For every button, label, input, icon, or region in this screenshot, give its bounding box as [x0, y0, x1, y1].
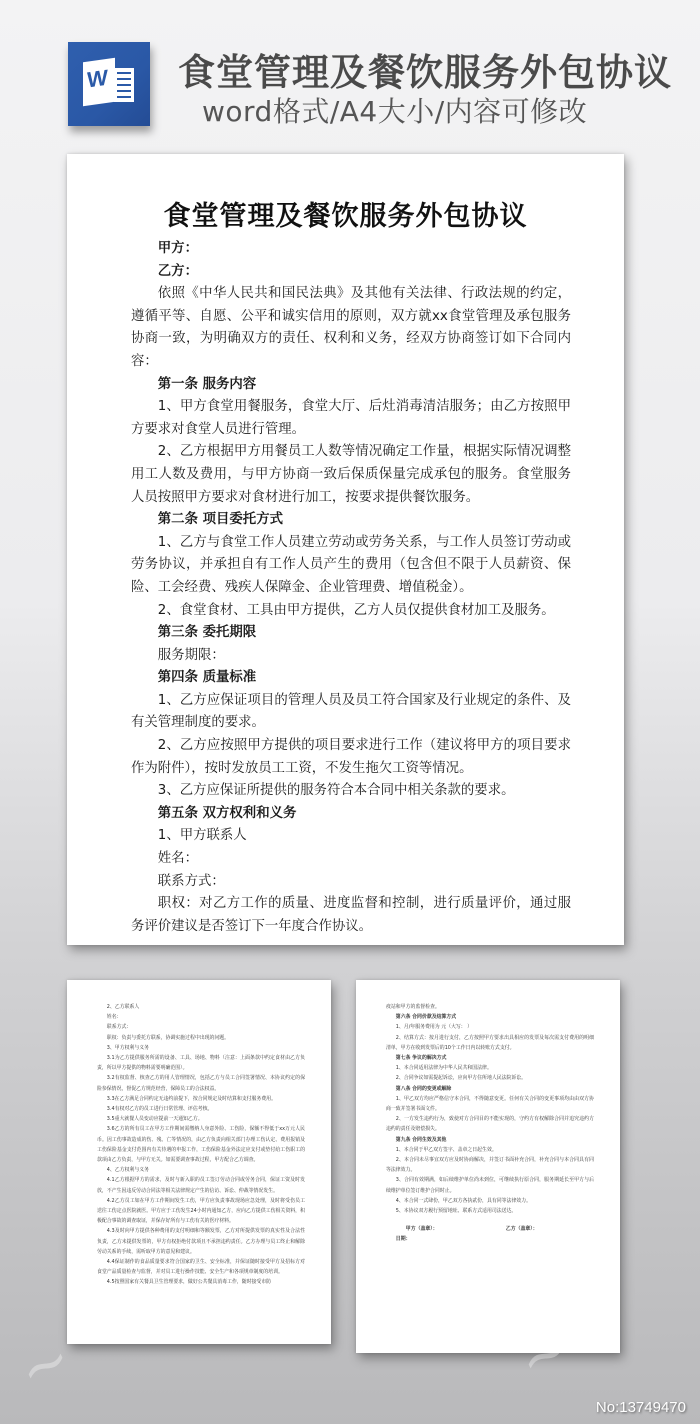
- document-body: 甲方：乙方：依照《中华人民共和国民法典》及其他有关法律、行政法规的约定，遵循平等…: [131, 238, 571, 938]
- paragraph: 1、甲方联系人: [131, 825, 571, 848]
- section-heading: 第四条 质量标准: [131, 667, 571, 690]
- paragraph: 1、乙方应保证项目的管理人员及员工符合国家及行业规定的条件、及有关管理制度的要求…: [131, 690, 571, 735]
- section-heading: 第五条 双方权利和义务: [131, 803, 571, 826]
- paragraph: 职权：对乙方工作的质量、进度监督和控制，进行质量评价，通过服务评价建议是否签订下…: [131, 893, 571, 938]
- paragraph: 2、结算方式：按月进行支付，乙方按照甲方要求出具相应的发票及每次需支付费用的明细…: [386, 1033, 594, 1053]
- section-heading: 第七条 争议的解决方式: [386, 1053, 594, 1063]
- preview-page-3-body: 疫站和甲方的监督检查。第六条 合同价款及结算方式1、月/年服务费用为 元（大写：…: [386, 1002, 594, 1245]
- paragraph: 2、本合同未尽事宜双方应及时协商解决，并签订书面补充合同，补充合同与本合同具有同…: [386, 1155, 594, 1175]
- paragraph: 4.2乙方员工如在甲方工作期间发生工伤，甲方应负责事故现场应急处理，及时将受伤员…: [97, 1196, 305, 1227]
- paragraph: 3.2有权监督、核查乙方的用人管理情况，包括乙方与员工合同签署情况、本协议约定的…: [97, 1073, 305, 1093]
- paragraph: 4.1乙方根据甲方的需求，及时与新入职的员工签订劳动合同或劳务合同，保证工资及时…: [97, 1175, 305, 1195]
- preview-page-2[interactable]: 2、乙方联系人姓名：联系方式：职权：负责与委托方联系，协调实施过程中出现的问题。…: [67, 980, 331, 1344]
- paragraph: 1、本合同适用法律为中华人民共和国法律。: [386, 1063, 594, 1073]
- paragraph: 3.5重大就餐人员变动应提前一天通知乙方。: [97, 1114, 305, 1124]
- paragraph: 联系方式：: [97, 1022, 305, 1032]
- paragraph: 3.6乙方的所有员工在甲方工作期间需缴纳人身意外险、工伤险，保额不得低于xx万元…: [97, 1124, 305, 1165]
- paragraph: 2、乙方根据甲方用餐员工人数等情况确定工作量，根据实际情况调整用工人数及费用，与…: [131, 441, 571, 509]
- main-document-page: 食堂管理及餐饮服务外包协议 甲方：乙方：依照《中华人民共和国民法典》及其他有关法…: [67, 154, 624, 945]
- paragraph: 2、食堂食材、工具由甲方提供，乙方人员仅提供食材加工及服务。: [131, 600, 571, 623]
- preview-page-3[interactable]: 疫站和甲方的监督检查。第六条 合同价款及结算方式1、月/年服务费用为 元（大写：…: [356, 980, 620, 1353]
- header-subtitle: word格式/A4大小/内容可修改: [202, 90, 587, 130]
- paragraph: 3、甲方权利与义务: [97, 1043, 305, 1053]
- paragraph: 3、乙方应保证所提供的服务符合本合同中相关条款的要求。: [131, 780, 571, 803]
- paragraph: 5、本协议双方履行预留地址、联系方式适用司法送达。: [386, 1206, 594, 1216]
- section-heading: 第一条 服务内容: [131, 374, 571, 397]
- paragraph: 依照《中华人民共和国民法典》及其他有关法律、行政法规的约定，遵循平等、自愿、公平…: [131, 283, 571, 373]
- paragraph: 2、乙方应按照甲方提供的项目要求进行工作（建议将甲方的项目要求作为附件），按时发…: [131, 735, 571, 780]
- serial-number: No:13749470: [596, 1399, 686, 1416]
- paragraph: 职权：负责与委托方联系，协调实施过程中出现的问题。: [97, 1033, 305, 1043]
- paragraph: 3、合同有效期满，如后续维护单位尚未到位，可继续执行原合同，服务期延长至甲方与后…: [386, 1175, 594, 1195]
- paragraph: 1、本合同于甲乙双方签字、盖章之日起生效。: [386, 1145, 594, 1155]
- paragraph: 4.4保证制作的食品质量要求符合国家的卫生、安全标准，并保证随时接受甲方及招标方…: [97, 1257, 305, 1277]
- paragraph: 2、一方发生违约行为，致使对方合同目的不能实现的，守约方有权解除合同并追究违约方…: [386, 1114, 594, 1134]
- paragraph: 2、乙方联系人: [97, 1002, 305, 1012]
- signature-date-label: 日期：: [386, 1234, 594, 1244]
- paragraph: 1、甲方食堂用餐服务，食堂大厅、后灶消毒清洁服务；由乙方按照甲方要求对食堂人员进…: [131, 396, 571, 441]
- document-title: 食堂管理及餐饮服务外包协议: [67, 194, 624, 233]
- section-heading: 第六条 合同价款及结算方式: [386, 1012, 594, 1022]
- paragraph: 服务期限：: [131, 645, 571, 668]
- preview-page-2-body: 2、乙方联系人姓名：联系方式：职权：负责与委托方联系，协调实施过程中出现的问题。…: [97, 1002, 305, 1288]
- section-heading: 第八条 合同的变更或解除: [386, 1084, 594, 1094]
- paragraph: 疫站和甲方的监督检查。: [386, 1002, 594, 1012]
- paragraph: 4、本合同一式肆份，甲乙双方各执贰份，具有同等法律效力。: [386, 1196, 594, 1206]
- party-b-seal-label: 乙方（盖章）：: [496, 1224, 538, 1234]
- party-a-seal-label: 甲方（盖章）：: [386, 1224, 496, 1234]
- signature-row: 甲方（盖章）：乙方（盖章）：: [386, 1224, 594, 1234]
- section-heading: 第二条 项目委托方式: [131, 509, 571, 532]
- paragraph: 2、合同争议如需提起诉讼，应向甲方住所地人民法院诉讼。: [386, 1073, 594, 1083]
- paragraph: 1、月/年服务费用为 元（大写： ）: [386, 1022, 594, 1032]
- paragraph: 1、甲乙双方均应严格信守本合同，不得随意变更。任何有关合同的变更事项均由由双方协…: [386, 1094, 594, 1114]
- section-heading: 第九条 合同生效及其他: [386, 1135, 594, 1145]
- paragraph: 4.5按照国家有关餐具卫生管理要求，做好公共餐具消毒工作，随时接受市防: [97, 1277, 305, 1287]
- paragraph: 3.1为乙方提供服务所需的设备、工具、场地、物料（注意：上面条款中约定食材由乙方…: [97, 1053, 305, 1073]
- paragraph: 4.3及时向甲方提供各种费用的支付明细和等额发票，乙方对所提供发票的真实性及合法…: [97, 1226, 305, 1257]
- paragraph: 姓名：: [131, 848, 571, 871]
- paragraph: 1、乙方与食堂工作人员建立劳动或劳务关系，与工作人员签订劳动或劳务协议，并承担自…: [131, 532, 571, 600]
- header-title: 食堂管理及餐饮服务外包协议: [178, 42, 672, 96]
- paragraph: 3.3在乙方满足合同约定无违约前提下，按合同规定及时结算和支付服务费用。: [97, 1094, 305, 1104]
- header: W 食堂管理及餐饮服务外包协议 word格式/A4大小/内容可修改: [0, 0, 700, 140]
- word-document-icon: W: [68, 42, 150, 126]
- paragraph: 姓名：: [97, 1012, 305, 1022]
- section-heading: 乙方：: [131, 261, 571, 284]
- section-heading: 第三条 委托期限: [131, 622, 571, 645]
- paragraph: 3.4有权对乙方的员工进行日常管理、评估考核。: [97, 1104, 305, 1114]
- paragraph: 4、乙方权利与义务: [97, 1165, 305, 1175]
- section-heading: 甲方：: [131, 238, 571, 261]
- paragraph: 联系方式：: [131, 871, 571, 894]
